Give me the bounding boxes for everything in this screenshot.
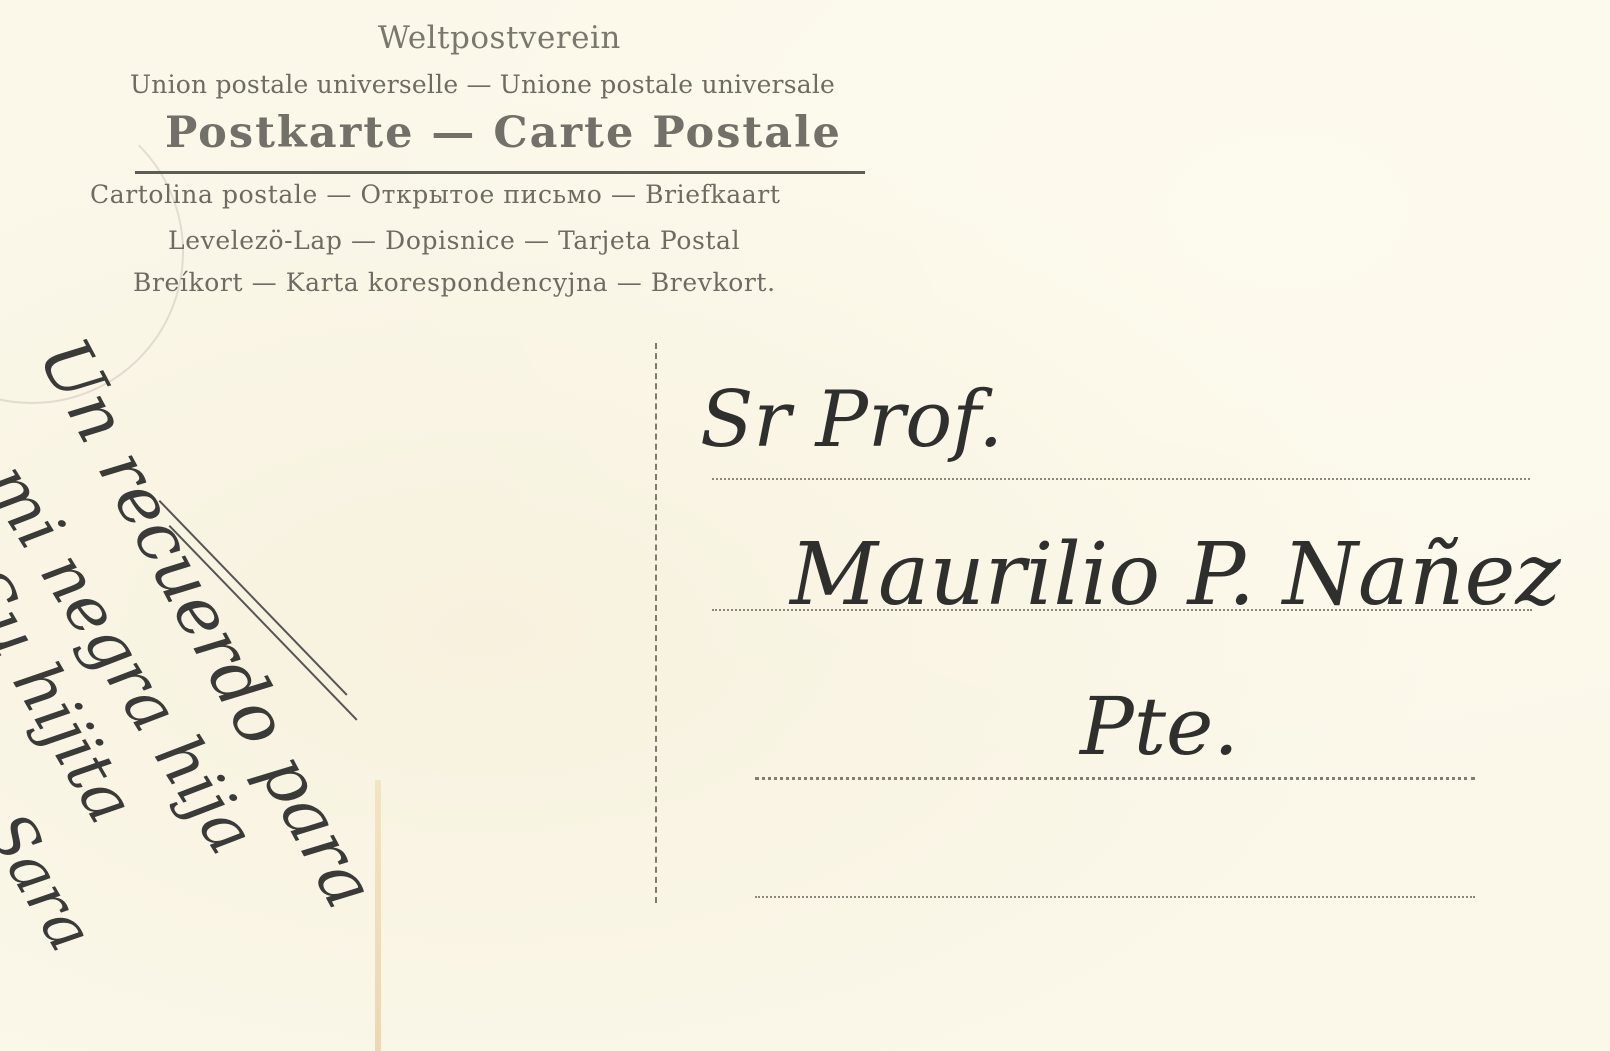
address-line-4-rule (755, 896, 1475, 898)
address-line-1-rule (712, 478, 1530, 480)
header-title: Postkarte — Carte Postale (165, 108, 842, 158)
header-union-line: Union postale universelle — Unione posta… (130, 70, 835, 99)
header-rule (135, 171, 865, 174)
header-translation-3: Breíkort — Karta korespondencyjna — Brev… (133, 268, 776, 297)
header-translation-1: Cartolina postale — Открытое письмо — Br… (90, 180, 780, 209)
address-recipient-title: Sr Prof. (700, 375, 1003, 465)
postcard-back: Weltpostverein Union postale universelle… (0, 0, 1610, 1051)
header-translation-2: Levelezö-Lap — Dopisnice — Tarjeta Posta… (168, 226, 740, 255)
message-address-divider (655, 343, 657, 903)
address-recipient-name: Maurilio P. Nañez (790, 525, 1561, 625)
paper-tear (375, 780, 381, 1051)
header-organization: Weltpostverein (378, 20, 621, 56)
address-line-3-rule (755, 777, 1475, 780)
address-city: Pte. (1080, 680, 1239, 773)
